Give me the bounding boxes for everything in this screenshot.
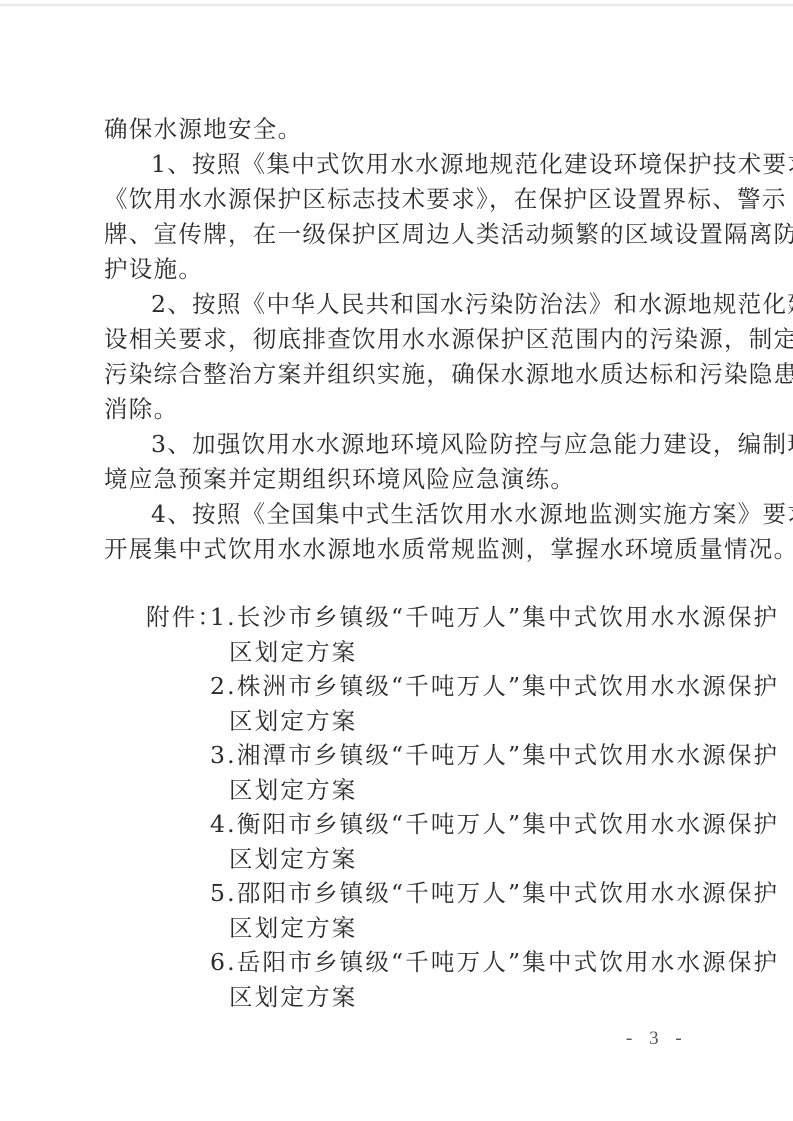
scan-edge-artifact xyxy=(0,3,793,7)
body-line: 确保水源地安全。 xyxy=(104,112,690,147)
attachment-item-6: 6.岳阳市乡镇级“千吨万人”集中式饮用水水源保护 xyxy=(146,945,706,980)
body-line-item-4: 4、按照《全国集中式生活饮用水水源地监测实施方案》要求， xyxy=(104,497,690,532)
body-line: 消除。 xyxy=(104,392,690,427)
attachment-title-cont: 区划定方案 xyxy=(146,911,706,946)
body-line-item-2: 2、按照《中华人民共和国水污染防治法》和水源地规范化建 xyxy=(104,287,690,322)
body-line: 污染综合整治方案并组织实施，确保水源地水质达标和污染隐患 xyxy=(104,357,690,392)
attachment-title-cont: 区划定方案 xyxy=(146,704,706,739)
attachment-item-5: 5.邵阳市乡镇级“千吨万人”集中式饮用水水源保护 xyxy=(146,876,706,911)
attachment-title-cont: 区划定方案 xyxy=(146,842,706,877)
attachment-title-cont: 区划定方案 xyxy=(146,980,706,1015)
body-line: 开展集中式饮用水水源地水质常规监测，掌握水环境质量情况。 xyxy=(104,532,690,567)
attachment-item-4: 4.衡阳市乡镇级“千吨万人”集中式饮用水水源保护 xyxy=(146,807,706,842)
attachment-title-cont: 区划定方案 xyxy=(146,635,706,670)
body-line: 境应急预案并定期组织环境风险应急演练。 xyxy=(104,462,690,497)
document-body: 确保水源地安全。 1、按照《集中式饮用水水源地规范化建设环境保护技术要求》、 《… xyxy=(104,112,690,567)
body-line: 牌、宣传牌，在一级保护区周边人类活动频繁的区域设置隔离防 xyxy=(104,217,690,252)
attachment-title: 1.长沙市乡镇级“千吨万人”集中式饮用水水源保护 xyxy=(210,603,779,631)
page-number: - 3 - xyxy=(626,1028,688,1050)
body-line-item-3: 3、加强饮用水水源地环境风险防控与应急能力建设，编制环 xyxy=(104,427,690,462)
attachment-title-cont: 区划定方案 xyxy=(146,773,706,808)
body-line: 设相关要求，彻底排查饮用水水源保护区范围内的污染源，制定 xyxy=(104,322,690,357)
body-line: 《饮用水水源保护区标志技术要求》，在保护区设置界标、警示 xyxy=(104,182,690,217)
body-line: 护设施。 xyxy=(104,252,690,287)
attachments-list: 附件：1.长沙市乡镇级“千吨万人”集中式饮用水水源保护 区划定方案 2.株洲市乡… xyxy=(146,600,706,1014)
attachment-item-2: 2.株洲市乡镇级“千吨万人”集中式饮用水水源保护 xyxy=(146,669,706,704)
attachments-label: 附件： xyxy=(146,600,210,635)
attachment-item-3: 3.湘潭市乡镇级“千吨万人”集中式饮用水水源保护 xyxy=(146,738,706,773)
attachment-item-1: 附件：1.长沙市乡镇级“千吨万人”集中式饮用水水源保护 xyxy=(146,600,706,635)
body-line-item-1: 1、按照《集中式饮用水水源地规范化建设环境保护技术要求》、 xyxy=(104,147,690,182)
